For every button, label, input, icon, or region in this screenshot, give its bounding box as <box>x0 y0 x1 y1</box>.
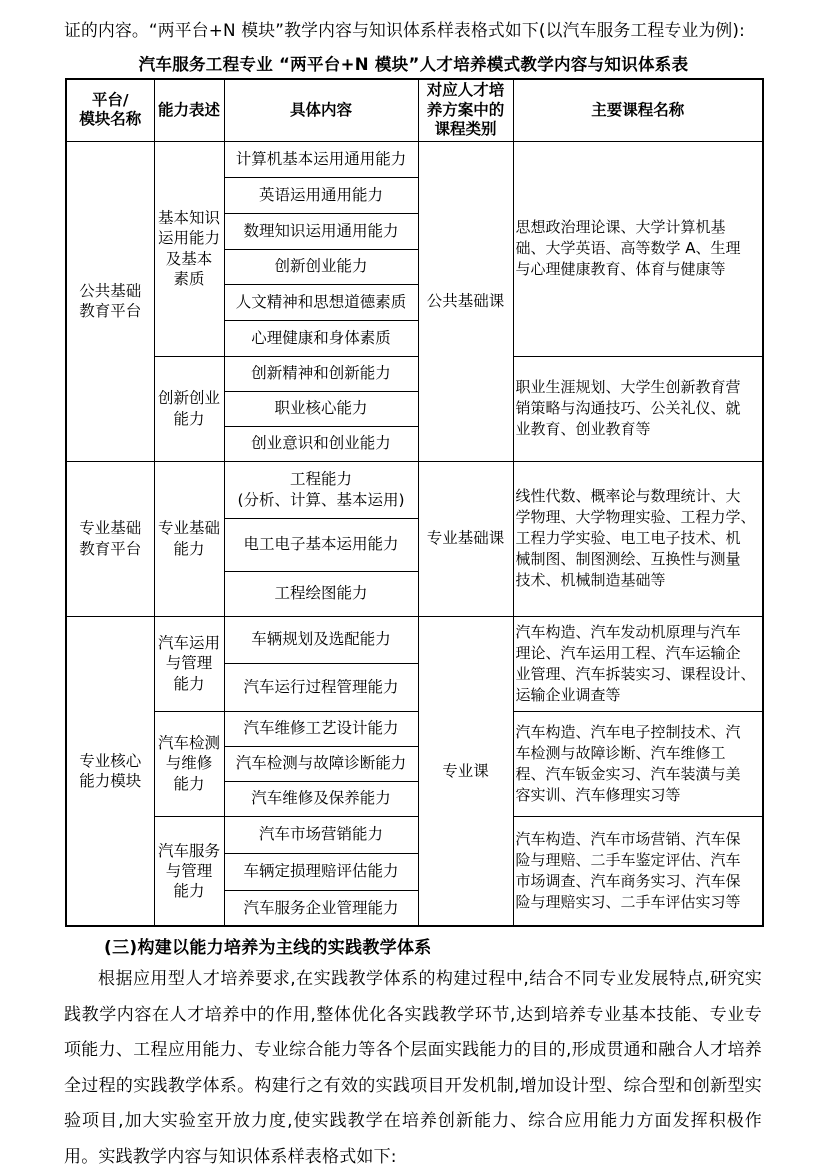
ability-cell: 创新创业 能力 <box>154 356 224 461</box>
courses-cell: 职业生涯规划、大学生创新教育营 销策略与沟通技巧、公关礼仪、就 业教育、创业教育… <box>513 356 763 461</box>
content-cell: 创新精神和创新能力 <box>224 356 418 391</box>
content-cell: 电工电子基本运用能力 <box>224 518 418 571</box>
header-content: 具体内容 <box>224 79 418 141</box>
courses-cell: 思想政治理论课、大学计算机基 础、大学英语、高等数学 A、生理 与心理健康教育、… <box>513 141 763 356</box>
content-cell: 工程能力 (分析、计算、基本运用) <box>224 461 418 518</box>
platform-cell: 公共基础 教育平台 <box>66 141 154 461</box>
content-cell: 计算机基本运用通用能力 <box>224 141 418 177</box>
table-title: 汽车服务工程专业 “两平台+N 模块”人才培养模式教学内容与知识体系表 <box>65 51 762 75</box>
content-cell: 汽车运行过程管理能力 <box>224 663 418 711</box>
content-cell: 创业意识和创业能力 <box>224 426 418 461</box>
content-cell: 人文精神和思想道德素质 <box>224 284 418 320</box>
ability-cell: 汽车检测 与维修 能力 <box>154 711 224 816</box>
ability-cell: 基本知识 运用能力 及基本 素质 <box>154 141 224 356</box>
content-cell: 车辆定损理赔评估能力 <box>224 853 418 890</box>
table-row: 创新创业 能力 创新精神和创新能力 职业生涯规划、大学生创新教育营 销策略与沟通… <box>66 356 763 391</box>
content-cell: 创新创业能力 <box>224 249 418 284</box>
content-cell: 汽车维修及保养能力 <box>224 781 418 816</box>
section-heading: (三)构建以能力培养为主线的实践教学体系 <box>64 933 774 958</box>
content-cell: 英语运用通用能力 <box>224 177 418 213</box>
courses-cell: 线性代数、概率论与数理统计、大 学物理、大学物理实验、工程力学、 工程力学实验、… <box>513 461 763 616</box>
content-cell: 车辆规划及选配能力 <box>224 616 418 663</box>
content-cell: 数理知识运用通用能力 <box>224 213 418 249</box>
table-header-row: 平台/ 模块名称 能力表述 具体内容 对应人才培 养方案中的 课程类别 主要课程… <box>66 79 763 141</box>
content-cell: 心理健康和身体素质 <box>224 320 418 356</box>
content-cell: 职业核心能力 <box>224 391 418 426</box>
table-row: 公共基础 教育平台 基本知识 运用能力 及基本 素质 计算机基本运用通用能力 公… <box>66 141 763 177</box>
ability-cell: 汽车服务 与管理 能力 <box>154 816 224 926</box>
header-ability: 能力表述 <box>154 79 224 141</box>
category-cell: 专业基础课 <box>418 461 513 616</box>
curriculum-table: 平台/ 模块名称 能力表述 具体内容 对应人才培 养方案中的 课程类别 主要课程… <box>65 78 764 927</box>
table-row: 汽车服务 与管理 能力 汽车市场营销能力 汽车构造、汽车市场营销、汽车保 险与理… <box>66 816 763 853</box>
ability-cell: 汽车运用 与管理 能力 <box>154 616 224 711</box>
category-cell: 专业课 <box>418 616 513 926</box>
courses-cell: 汽车构造、汽车市场营销、汽车保 险与理赔、二手车鉴定评估、汽车 市场调查、汽车商… <box>513 816 763 926</box>
table-row: 专业核心 能力模块 汽车运用 与管理 能力 车辆规划及选配能力 专业课 汽车构造… <box>66 616 763 663</box>
courses-cell: 汽车构造、汽车电子控制技术、汽 车检测与故障诊断、汽车维修工 程、汽车钣金实习、… <box>513 711 763 816</box>
header-category: 对应人才培 养方案中的 课程类别 <box>418 79 513 141</box>
category-cell: 公共基础课 <box>418 141 513 461</box>
content-cell: 汽车维修工艺设计能力 <box>224 711 418 746</box>
platform-cell: 专业核心 能力模块 <box>66 616 154 926</box>
courses-cell: 汽车构造、汽车发动机原理与汽车 理论、汽车运用工程、汽车运输企 业管理、汽车拆装… <box>513 616 763 711</box>
header-courses: 主要课程名称 <box>513 79 763 141</box>
platform-cell: 专业基础 教育平台 <box>66 461 154 616</box>
intro-line: 证的内容。“两平台+N 模块”教学内容与知识体系样表格式如下(以汽车服务工程专业… <box>64 17 764 41</box>
header-platform: 平台/ 模块名称 <box>66 79 154 141</box>
table-row: 专业基础 教育平台 专业基础 能力 工程能力 (分析、计算、基本运用) 专业基础… <box>66 461 763 518</box>
content-cell: 汽车检测与故障诊断能力 <box>224 746 418 781</box>
content-cell: 汽车服务企业管理能力 <box>224 890 418 926</box>
ability-cell: 专业基础 能力 <box>154 461 224 616</box>
body-paragraph: 根据应用型人才培养要求,在实践教学体系的构建过程中,结合不同专业发展特点,研究实… <box>64 962 762 1169</box>
table-row: 汽车检测 与维修 能力 汽车维修工艺设计能力 汽车构造、汽车电子控制技术、汽 车… <box>66 711 763 746</box>
content-cell: 汽车市场营销能力 <box>224 816 418 853</box>
content-cell: 工程绘图能力 <box>224 571 418 616</box>
